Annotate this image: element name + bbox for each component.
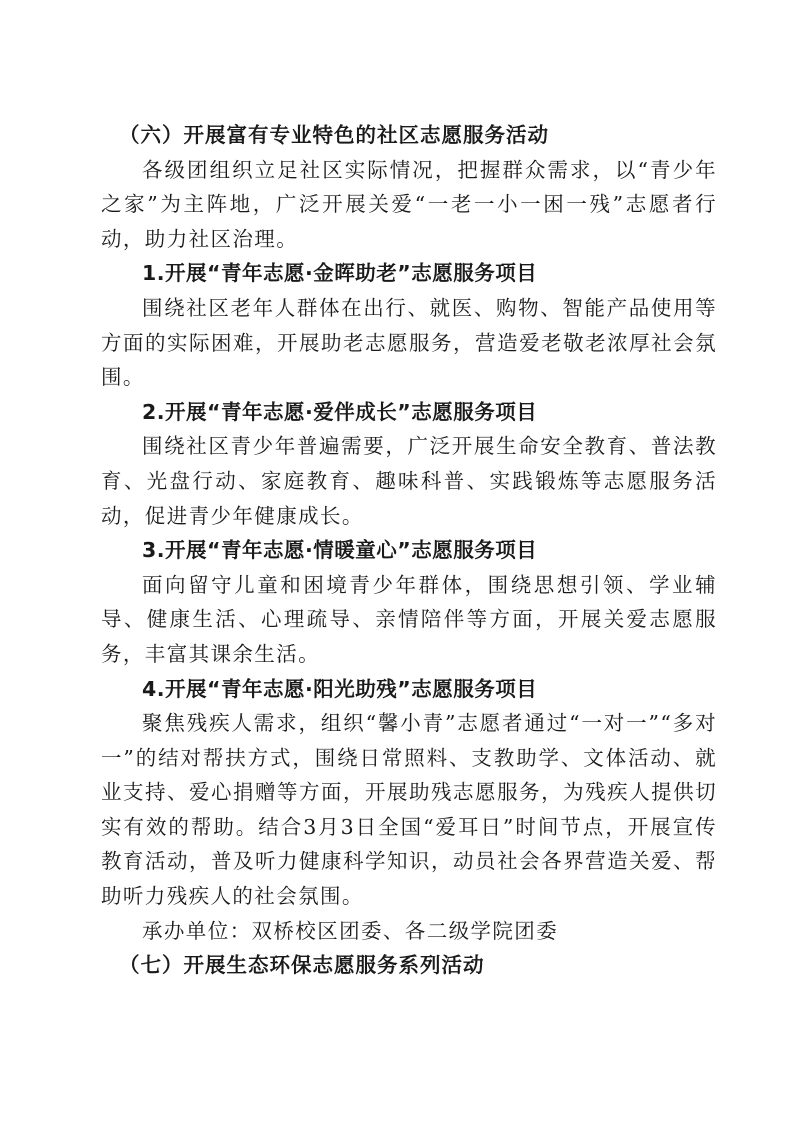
- host-units: 承办单位：双桥校区团委、各二级学院团委: [101, 914, 717, 949]
- item-1-heading: 1.开展“青年志愿·金晖助老”志愿服务项目: [101, 256, 717, 291]
- section-7-heading: （七）开展生态环保志愿服务系列活动: [101, 948, 717, 983]
- document-page: （六）开展富有专业特色的社区志愿服务活动 各级团组织立足社区实际情况，把握群众需…: [101, 118, 717, 983]
- item-1-body: 围绕社区老年人群体在出行、就医、购物、智能产品使用等方面的实际困难，开展助老志愿…: [101, 291, 717, 395]
- item-2-heading: 2.开展“青年志愿·爱伴成长”志愿服务项目: [101, 395, 717, 430]
- section-6-heading: （六）开展富有专业特色的社区志愿服务活动: [101, 118, 717, 153]
- section-6-intro: 各级团组织立足社区实际情况，把握群众需求，以“青少年之家”为主阵地，广泛开展关爱…: [101, 153, 717, 257]
- item-4-heading: 4.开展“青年志愿·阳光助残”志愿服务项目: [101, 672, 717, 707]
- item-3-body: 面向留守儿童和困境青少年群体，围绕思想引领、学业辅导、健康生活、心理疏导、亲情陪…: [101, 568, 717, 672]
- item-4-body: 聚焦残疾人需求，组织“馨小青”志愿者通过“一对一”“多对一”的结对帮扶方式，围绕…: [101, 706, 717, 914]
- item-2-body: 围绕社区青少年普遍需要，广泛开展生命安全教育、普法教育、光盘行动、家庭教育、趣味…: [101, 429, 717, 533]
- item-3-heading: 3.开展“青年志愿·情暖童心”志愿服务项目: [101, 533, 717, 568]
